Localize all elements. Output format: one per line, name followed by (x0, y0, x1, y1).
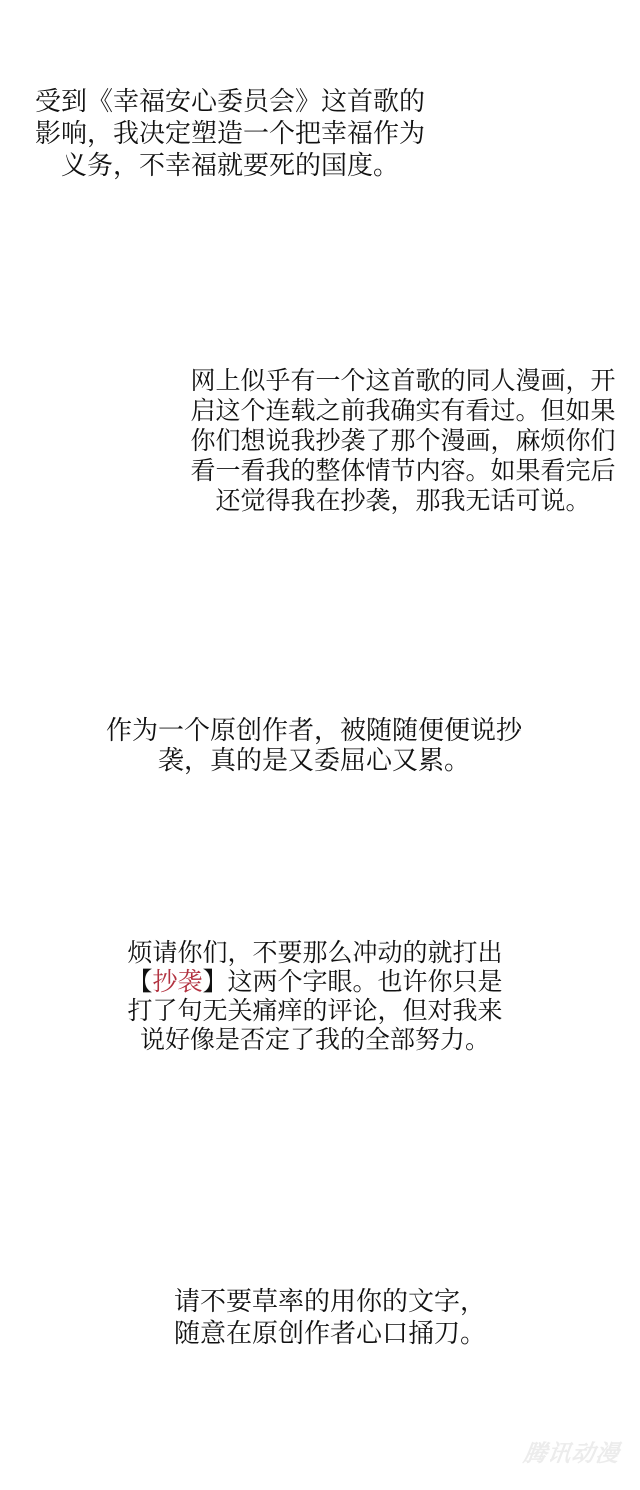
text-segment: 影响，我决定塑造一个把幸福作为 (35, 119, 425, 149)
text-line: 【抄袭】这两个字眼。也许你只是 (95, 967, 535, 996)
highlighted-term: 抄袭 (152, 967, 202, 996)
paragraph-fan-comic-explanation: 网上似乎有一个这首歌的同人漫画，开启这个连载之前我确实有看过。但如果你们想说我抄… (183, 366, 623, 516)
text-line: 启这个连载之前我确实有看过。但如果 (183, 396, 623, 426)
text-line: 受到《幸福安心委员会》这首歌的 (22, 86, 438, 118)
text-segment: 启这个连载之前我确实有看过。但如果 (190, 396, 615, 425)
paragraph-original-author-feelings: 作为一个原创作者，被随随便便说抄袭，真的是又委屈心又累。 (104, 716, 524, 776)
text-line: 打了句无关痛痒的评论，但对我来 (95, 996, 535, 1025)
text-segment: 还觉得我在抄袭，那我无话可说。 (215, 486, 590, 515)
text-line: 义务，不幸福就要死的国度。 (22, 150, 438, 182)
text-segment: 随意在原创作者心口捅刀。 (174, 1319, 486, 1349)
text-line: 请不要草率的用你的文字， (120, 1286, 540, 1318)
text-segment: 打了句无关痛痒的评论，但对我来 (127, 996, 502, 1025)
text-line: 烦请你们，不要那么冲动的就打出 (95, 938, 535, 967)
text-line: 袭，真的是又委屈心又累。 (104, 746, 524, 776)
text-segment: 网上似乎有一个这首歌的同人漫画，开 (190, 366, 615, 395)
text-segment: 袭，真的是又委屈心又累。 (158, 746, 470, 776)
text-line: 还觉得我在抄袭，那我无话可说。 (183, 486, 623, 516)
text-segment: 说好像是否定了我的全部努力。 (140, 1025, 490, 1054)
text-line: 作为一个原创作者，被随随便便说抄 (104, 716, 524, 746)
paragraph-final-request: 请不要草率的用你的文字，随意在原创作者心口捅刀。 (120, 1286, 540, 1350)
text-segment: 义务，不幸福就要死的国度。 (61, 151, 399, 181)
text-line: 看一看我的整体情节内容。如果看完后 (183, 456, 623, 486)
text-line: 你们想说我抄袭了那个漫画，麻烦你们 (183, 426, 623, 456)
text-segment: 【 (127, 967, 152, 996)
text-segment: 作为一个原创作者，被随随便便说抄 (106, 716, 522, 746)
text-line: 说好像是否定了我的全部努力。 (95, 1025, 535, 1054)
text-segment: 受到《幸福安心委员会》这首歌的 (35, 87, 425, 117)
tencent-comics-watermark: 腾讯动漫 (522, 1435, 623, 1468)
text-segment: 看一看我的整体情节内容。如果看完后 (190, 456, 615, 485)
text-line: 影响，我决定塑造一个把幸福作为 (22, 118, 438, 150)
paragraph-plea-against-accusation: 烦请你们，不要那么冲动的就打出【抄袭】这两个字眼。也许你只是打了句无关痛痒的评论… (95, 938, 535, 1054)
text-segment: 请不要草率的用你的文字， (174, 1287, 486, 1317)
text-segment: 你们想说我抄袭了那个漫画，麻烦你们 (190, 426, 615, 455)
comic-author-note-page: 受到《幸福安心委员会》这首歌的影响，我决定塑造一个把幸福作为义务，不幸福就要死的… (0, 0, 640, 1490)
text-line: 网上似乎有一个这首歌的同人漫画，开 (183, 366, 623, 396)
paragraph-song-inspiration: 受到《幸福安心委员会》这首歌的影响，我决定塑造一个把幸福作为义务，不幸福就要死的… (22, 86, 438, 182)
text-segment: 烦请你们，不要那么冲动的就打出 (127, 938, 502, 967)
text-segment: 】这两个字眼。也许你只是 (203, 967, 503, 996)
text-line: 随意在原创作者心口捅刀。 (120, 1318, 540, 1350)
